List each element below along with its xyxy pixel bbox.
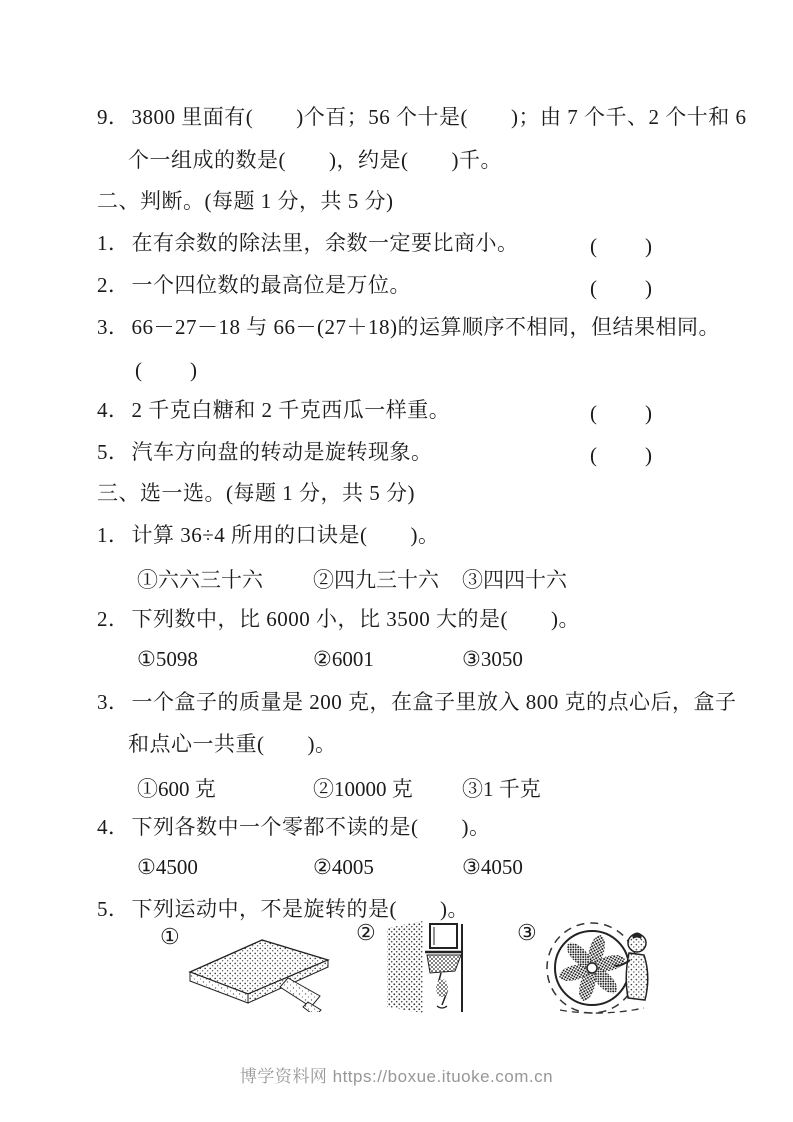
judge-item-3: 3．66－27－18 与 66－(27＋18)的运算顺序不相同，但结果相同。	[97, 314, 720, 341]
answer-blank: ( )	[135, 357, 199, 384]
question-number: 3．	[97, 315, 132, 339]
option-2-label: ②	[356, 920, 376, 946]
choose-item-2-options: ①5098②6001③3050	[137, 647, 523, 672]
question-number: 1．	[97, 231, 132, 255]
question-number: 5．	[97, 440, 132, 464]
choose-item-3-line-2: 和点心一共重( )。	[128, 731, 337, 758]
option-3: ③3050	[462, 647, 523, 672]
choose-item-1: 1．计算 36÷4 所用的口诀是( )。	[97, 522, 440, 549]
question-text: 3800 里面有( )个百；56 个十是( )；由 7 个千、2 个十和 6	[132, 105, 747, 129]
section-judge-title: 二、判断。(每题 1 分，共 5 分)	[97, 188, 394, 215]
question-number: 5．	[97, 897, 132, 921]
option-3: ③四四十六	[462, 564, 567, 594]
choose-item-3-options: ①600 克②10000 克③1 千克	[137, 773, 541, 803]
question-9-line-2: 个一组成的数是( )，约是( )千。	[128, 147, 502, 174]
choose-item-4: 4．下列各数中一个零都不读的是( )。	[97, 814, 491, 841]
choose-item-1-options: ①六六三十六②四九三十六③四四十六	[137, 564, 567, 594]
question-text: 2 千克白糖和 2 千克西瓜一样重。	[132, 398, 451, 422]
question-9-line-1: 9．3800 里面有( )个百；56 个十是( )；由 7 个千、2 个十和 6	[97, 104, 746, 131]
question-text: 下列各数中一个零都不读的是( )。	[132, 815, 491, 839]
option-3: ③1 千克	[462, 773, 541, 803]
choose-item-2: 2．下列数中，比 6000 小，比 3500 大的是( )。	[97, 606, 580, 633]
question-number: 4．	[97, 398, 132, 422]
answer-blank: ( )	[590, 439, 654, 469]
option-1: ①600 克	[137, 773, 313, 803]
answer-blank: ( )	[590, 397, 654, 427]
section-choose-title: 三、选一选。(每题 1 分，共 5 分)	[97, 480, 415, 507]
question-text: 66－27－18 与 66－(27＋18)的运算顺序不相同，但结果相同。	[132, 315, 721, 339]
judge-item-1: 1．在有余数的除法里，余数一定要比商小。	[97, 230, 519, 257]
option-1-label: ①	[160, 924, 180, 950]
option-1: ①4500	[137, 855, 313, 880]
question-text: 在有余数的除法里，余数一定要比商小。	[132, 231, 519, 255]
question-text: 一个盒子的质量是 200 克，在盒子里放入 800 克的点心后，盒子	[132, 690, 737, 714]
question-number: 4．	[97, 815, 132, 839]
question-number: 1．	[97, 523, 132, 547]
option-2: ②6001	[313, 647, 462, 672]
answer-blank: ( )	[590, 230, 654, 260]
exam-page: 9．3800 里面有( )个百；56 个十是( )；由 7 个千、2 个十和 6…	[0, 0, 793, 1122]
option-2: ②10000 克	[313, 773, 462, 803]
question-number: 2．	[97, 607, 132, 631]
question-text: 一个四位数的最高位是万位。	[132, 273, 412, 297]
question-text: 和点心一共重( )。	[128, 732, 337, 756]
choose-item-4-options: ①4500②4005③4050	[137, 855, 523, 880]
judge-item-2: 2．一个四位数的最高位是万位。	[97, 272, 411, 299]
question-text: 个一组成的数是( )，约是( )千。	[128, 148, 502, 172]
question-number: 9．	[97, 105, 132, 129]
option-3-label: ③	[517, 920, 537, 946]
choose-item-3-line-1: 3．一个盒子的质量是 200 克，在盒子里放入 800 克的点心后，盒子	[97, 689, 737, 716]
question-number: 3．	[97, 690, 132, 714]
option-2: ②4005	[313, 855, 462, 880]
option-3: ③4050	[462, 855, 523, 880]
question-text: 汽车方向盘的转动是旋转现象。	[132, 440, 433, 464]
slide-illustration	[184, 932, 334, 1012]
option-1: ①5098	[137, 647, 313, 672]
electric-fan-illustration	[540, 918, 665, 1016]
question-text: 计算 36÷4 所用的口诀是( )。	[132, 523, 440, 547]
footer-watermark: 博学资料网 https://boxue.ituoke.com.cn	[0, 1062, 793, 1087]
question-number: 2．	[97, 273, 132, 297]
option-1: ①六六三十六	[137, 564, 313, 594]
question-text: 下列数中，比 6000 小，比 3500 大的是( )。	[132, 607, 581, 631]
hanging-bell-illustration	[383, 918, 483, 1016]
answer-blank: ( )	[590, 272, 654, 302]
judge-item-5: 5．汽车方向盘的转动是旋转现象。	[97, 439, 433, 466]
option-2: ②四九三十六	[313, 564, 462, 594]
judge-item-4: 4．2 千克白糖和 2 千克西瓜一样重。	[97, 397, 450, 424]
